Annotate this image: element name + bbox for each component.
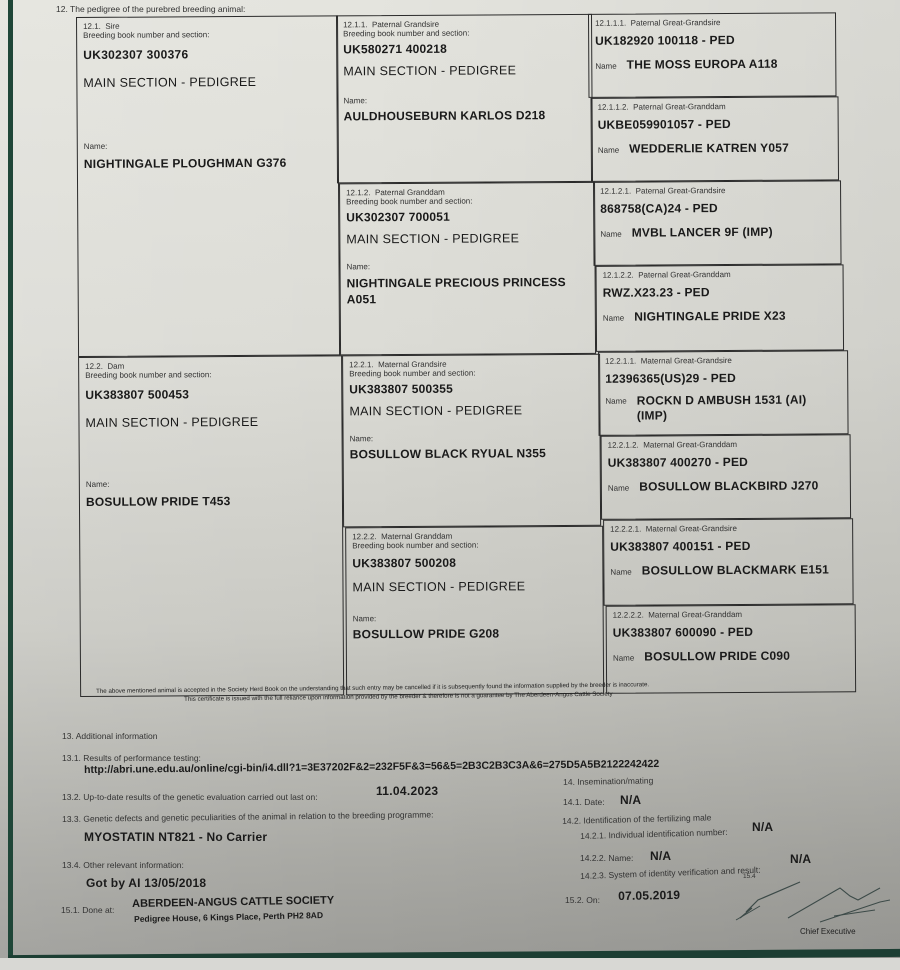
maternal-granddam-number: 12.2.2. [352, 532, 377, 541]
genetic-eval-label: 13.2. Up-to-date results of the genetic … [62, 792, 318, 803]
great-grandparent-cell-5: 12.2.1.1. Maternal Great-Grandsire 12396… [598, 350, 849, 436]
paternal-grandsire-number: 12.1.1. [343, 20, 368, 29]
maternal-grandsire-breeding-book-label: Breeding book number and section: [349, 368, 593, 378]
dam-name-label: Name: [86, 478, 336, 489]
dam-breeding-book-label: Breeding book number and section: [85, 369, 335, 380]
gg7-name: BOSULLOW BLACKMARK E151 [642, 562, 829, 577]
maternal-granddam-breeding-book-label: Breeding book number and section: [352, 540, 596, 550]
paternal-granddam-section: MAIN SECTION - PEDIGREE [346, 231, 588, 246]
dam-role: Dam [107, 362, 124, 371]
gg1-role: Paternal Great-Grandsire [631, 18, 721, 28]
paternal-grandsire-name-label: Name: [343, 95, 585, 105]
sire-name-label: Name: [84, 140, 332, 151]
paternal-granddam-id: UK302307 700051 [346, 209, 588, 224]
sire-section: MAIN SECTION - PEDIGREE [83, 74, 331, 90]
gg8-role: Maternal Great-Granddam [648, 610, 742, 620]
maternal-grandsire-cell: 12.2.1. Maternal Grandsire Breeding book… [342, 354, 601, 528]
paternal-granddam-cell: 12.1.2. Paternal Granddam Breeding book … [339, 182, 596, 356]
gg6-name-label: Name [608, 484, 629, 493]
gg2-name-label: Name [598, 146, 619, 155]
gg3-role: Paternal Great-Grandsire [636, 186, 726, 196]
male-name-label: 14.2.2. Name: [580, 853, 633, 864]
great-grandparent-cell-6: 12.2.1.2. Maternal Great-Granddam UK3838… [601, 434, 852, 520]
gg4-role: Paternal Great-Granddam [638, 270, 731, 280]
pedigree-section-title: 12. The pedigree of the purebred breedin… [56, 4, 245, 14]
sire-name: NIGHTINGALE PLOUGHMAN G376 [84, 155, 332, 171]
paternal-grandsire-id: UK580271 400218 [343, 41, 585, 56]
paternal-granddam-number: 12.1.2. [346, 188, 371, 197]
gg4-name: NIGHTINGALE PRIDE X23 [634, 309, 786, 324]
great-grandparent-cell-2: 12.1.1.2. Paternal Great-Granddam UKBE05… [591, 96, 840, 182]
dam-name: BOSULLOW PRIDE T453 [86, 493, 336, 509]
maternal-grandsire-id: UK383807 500355 [349, 381, 593, 396]
paternal-granddam-name-label: Name: [347, 261, 589, 271]
great-grandparent-cell-4: 12.1.2.2. Paternal Great-Granddam RWZ.X2… [596, 264, 845, 352]
gg6-number: 12.2.1.2. [608, 441, 639, 450]
additional-info-title: 13. Additional information [62, 731, 157, 742]
gg1-id: UK182920 100118 - PED [595, 32, 829, 47]
page-border-left [8, 0, 13, 960]
gg7-name-label: Name [610, 568, 631, 577]
maternal-grandsire-number: 12.2.1. [349, 360, 374, 369]
gg3-name-label: Name [600, 230, 621, 239]
gg5-role: Maternal Great-Grandsire [641, 356, 732, 366]
maternal-granddam-id: UK383807 500208 [352, 555, 596, 570]
defects-value: MYOSTATIN NT821 - No Carrier [84, 830, 267, 844]
paternal-granddam-breeding-book-label: Breeding book number and section: [346, 196, 588, 206]
gg4-name-label: Name [603, 314, 624, 323]
sire-role: Sire [105, 22, 119, 31]
dam-section: MAIN SECTION - PEDIGREE [85, 414, 335, 430]
gg6-name: BOSULLOW BLACKBIRD J270 [639, 478, 818, 493]
genetic-eval-date: 11.04.2023 [376, 784, 438, 798]
pedigree-grid: 12.1. Sire Breeding book number and sect… [76, 12, 860, 687]
gg4-number: 12.1.2.2. [603, 271, 634, 280]
maternal-grandsire-section: MAIN SECTION - PEDIGREE [349, 403, 593, 418]
gg3-number: 12.1.2.1. [600, 187, 631, 196]
dam-id: UK383807 500453 [85, 386, 335, 402]
paternal-grandsire-cell: 12.1.1. Paternal Grandsire Breeding book… [336, 14, 593, 184]
gg7-number: 12.2.2.1. [610, 525, 641, 534]
great-grandparent-cell-1: 12.1.1.1. Paternal Great-Grandsire UK182… [588, 12, 837, 98]
verification-value: N/A [790, 852, 811, 866]
sire-cell: 12.1. Sire Breeding book number and sect… [76, 15, 340, 357]
background-surface [0, 958, 900, 970]
insemination-date-value: N/A [620, 793, 641, 807]
signatory-title: Chief Executive [800, 927, 856, 936]
gg3-id: 868758(CA)24 - PED [600, 200, 834, 215]
done-at-label: 15.1. Done at: [61, 905, 114, 916]
insemination-date-label: 14.1. Date: [563, 797, 605, 808]
insemination-title: 14. Insemination/mating [563, 775, 653, 788]
maternal-grandsire-role: Maternal Grandsire [378, 360, 447, 369]
paternal-grandsire-breeding-book-label: Breeding book number and section: [343, 28, 585, 38]
signature [730, 870, 890, 930]
gg6-id: UK383807 400270 - PED [608, 454, 844, 469]
gg2-role: Paternal Great-Granddam [633, 102, 726, 112]
paternal-grandsire-role: Paternal Grandsire [372, 20, 439, 29]
dam-number: 12.2. [85, 362, 103, 371]
sire-breeding-book-label: Breeding book number and section: [83, 29, 331, 40]
great-grandparent-cell-3: 12.1.2.1. Paternal Great-Grandsire 86875… [593, 180, 842, 266]
gg8-id: UK383807 600090 - PED [613, 624, 849, 639]
gg8-name-label: Name [613, 654, 634, 663]
gg2-number: 12.1.1.2. [598, 103, 629, 112]
paternal-granddam-name: NIGHTINGALE PRECIOUS PRINCESS A051 [347, 274, 587, 307]
paternal-grandsire-section: MAIN SECTION - PEDIGREE [343, 63, 585, 78]
maternal-grandsire-name-label: Name: [350, 433, 594, 443]
gg5-number: 12.2.1.1. [605, 357, 636, 366]
gg2-name: WEDDERLIE KATREN Y057 [629, 141, 789, 156]
paternal-granddam-role: Paternal Granddam [375, 188, 445, 197]
great-grandparent-cell-7: 12.2.2.1. Maternal Great-Grandsire UK383… [603, 518, 854, 606]
maternal-granddam-role: Maternal Granddam [381, 532, 452, 541]
gg1-name: THE MOSS EUROPA A118 [627, 57, 778, 72]
other-info-label: 13.4. Other relevant information: [62, 860, 184, 871]
sire-number: 12.1. [83, 22, 101, 31]
dam-cell: 12.2. Dam Breeding book number and secti… [78, 355, 344, 697]
gg1-name-label: Name [595, 62, 616, 71]
gg1-number: 12.1.1.1. [595, 19, 626, 28]
gg5-id: 12396365(US)29 - PED [605, 370, 841, 385]
maternal-grandsire-name: BOSULLOW BLACK RYUAL N355 [350, 446, 594, 461]
done-on-value: 07.05.2019 [618, 888, 680, 903]
gg6-role: Maternal Great-Granddam [643, 440, 737, 450]
other-info-value: Got by AI 13/05/2018 [86, 876, 206, 890]
gg2-id: UKBE059901057 - PED [598, 116, 832, 131]
id-number-value: N/A [752, 820, 773, 834]
done-on-label: 15.2. On: [565, 895, 600, 906]
sire-id: UK302307 300376 [83, 46, 331, 62]
gg7-role: Maternal Great-Grandsire [646, 524, 737, 534]
gg8-number: 12.2.2.2. [613, 611, 644, 620]
gg5-name: ROCKN D AMBUSH 1531 (AI) (IMP) [637, 393, 807, 424]
gg7-id: UK383807 400151 - PED [610, 538, 846, 553]
gg8-name: BOSULLOW PRIDE C090 [644, 649, 790, 664]
maternal-granddam-name: BOSULLOW PRIDE G208 [353, 626, 597, 641]
maternal-granddam-name-label: Name: [353, 613, 597, 623]
gg4-id: RWZ.X23.23 - PED [603, 284, 837, 299]
gg3-name: MVBL LANCER 9F (IMP) [632, 225, 773, 240]
paternal-grandsire-name: AULDHOUSEBURN KARLOS D218 [344, 108, 586, 123]
male-name-value: N/A [650, 849, 671, 863]
maternal-granddam-section: MAIN SECTION - PEDIGREE [352, 579, 596, 594]
gg5-name-label: Name [605, 397, 626, 406]
maternal-granddam-cell: 12.2.2. Maternal Granddam Breeding book … [345, 526, 604, 696]
